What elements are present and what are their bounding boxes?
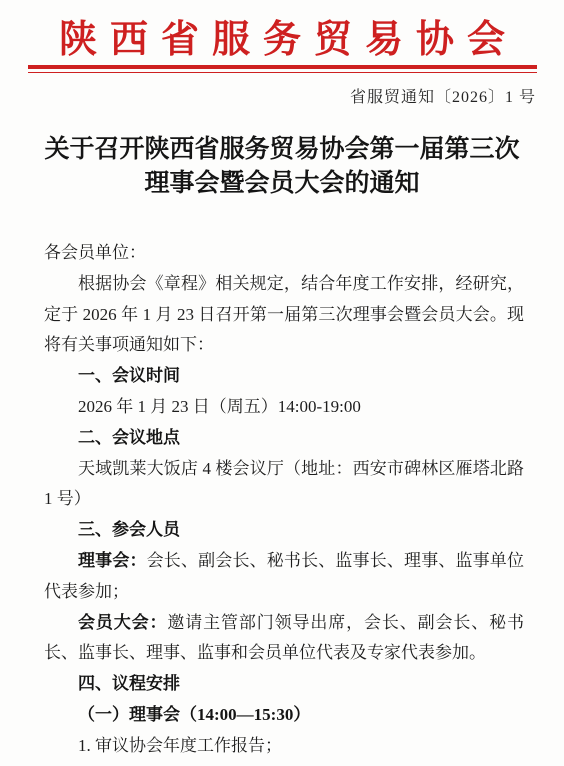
meeting-location-text: 天域凯莱大饭店 4 楼会议厅（地址：西安市碑林区雁塔北路 1 号） <box>44 454 524 516</box>
letterhead-title: 陕西省服务贸易协会 <box>0 8 564 63</box>
agenda-item-1: 1. 审议协会年度工作报告； <box>44 731 524 762</box>
intro-paragraph: 根据协会《章程》相关规定，结合年度工作安排，经研究，定于 2026 年 1 月 … <box>44 269 524 361</box>
agenda-subheading: （一）理事会（14:00—15:30） <box>44 700 524 731</box>
doc-number: 省服贸通知〔2026〕1 号 <box>350 84 536 107</box>
council-attendees-lead: 理事会： <box>78 551 147 570</box>
section-3-heading: 三、参会人员 <box>44 515 524 546</box>
letterhead-divider <box>28 65 537 73</box>
council-attendees-paragraph: 理事会：会长、副会长、秘书长、监事长、理事、监事单位代表参加； <box>44 546 524 608</box>
notice-body: 各会员单位： 根据协会《章程》相关规定，结合年度工作安排，经研究，定于 2026… <box>44 238 524 762</box>
notice-title-line2: 理事会暨会员大会的通知 <box>0 167 564 201</box>
section-1-heading: 一、会议时间 <box>44 361 524 392</box>
section-2-heading: 二、会议地点 <box>44 423 524 454</box>
notice-title: 关于召开陕西省服务贸易协会第一届第三次 理事会暨会员大会的通知 <box>0 133 564 201</box>
salutation: 各会员单位： <box>44 238 524 269</box>
meeting-time-text: 2026 年 1 月 23 日（周五）14:00-19:00 <box>44 392 524 423</box>
notice-title-line1: 关于召开陕西省服务贸易协会第一届第三次 <box>0 133 564 167</box>
section-4-heading: 四、议程安排 <box>44 669 524 700</box>
member-assembly-lead: 会员大会： <box>78 613 167 632</box>
member-assembly-paragraph: 会员大会：邀请主管部门领导出席，会长、副会长、秘书长、监事长、理事、监事和会员单… <box>44 608 524 670</box>
document-page: 陕西省服务贸易协会 省服贸通知〔2026〕1 号 关于召开陕西省服务贸易协会第一… <box>0 0 564 766</box>
